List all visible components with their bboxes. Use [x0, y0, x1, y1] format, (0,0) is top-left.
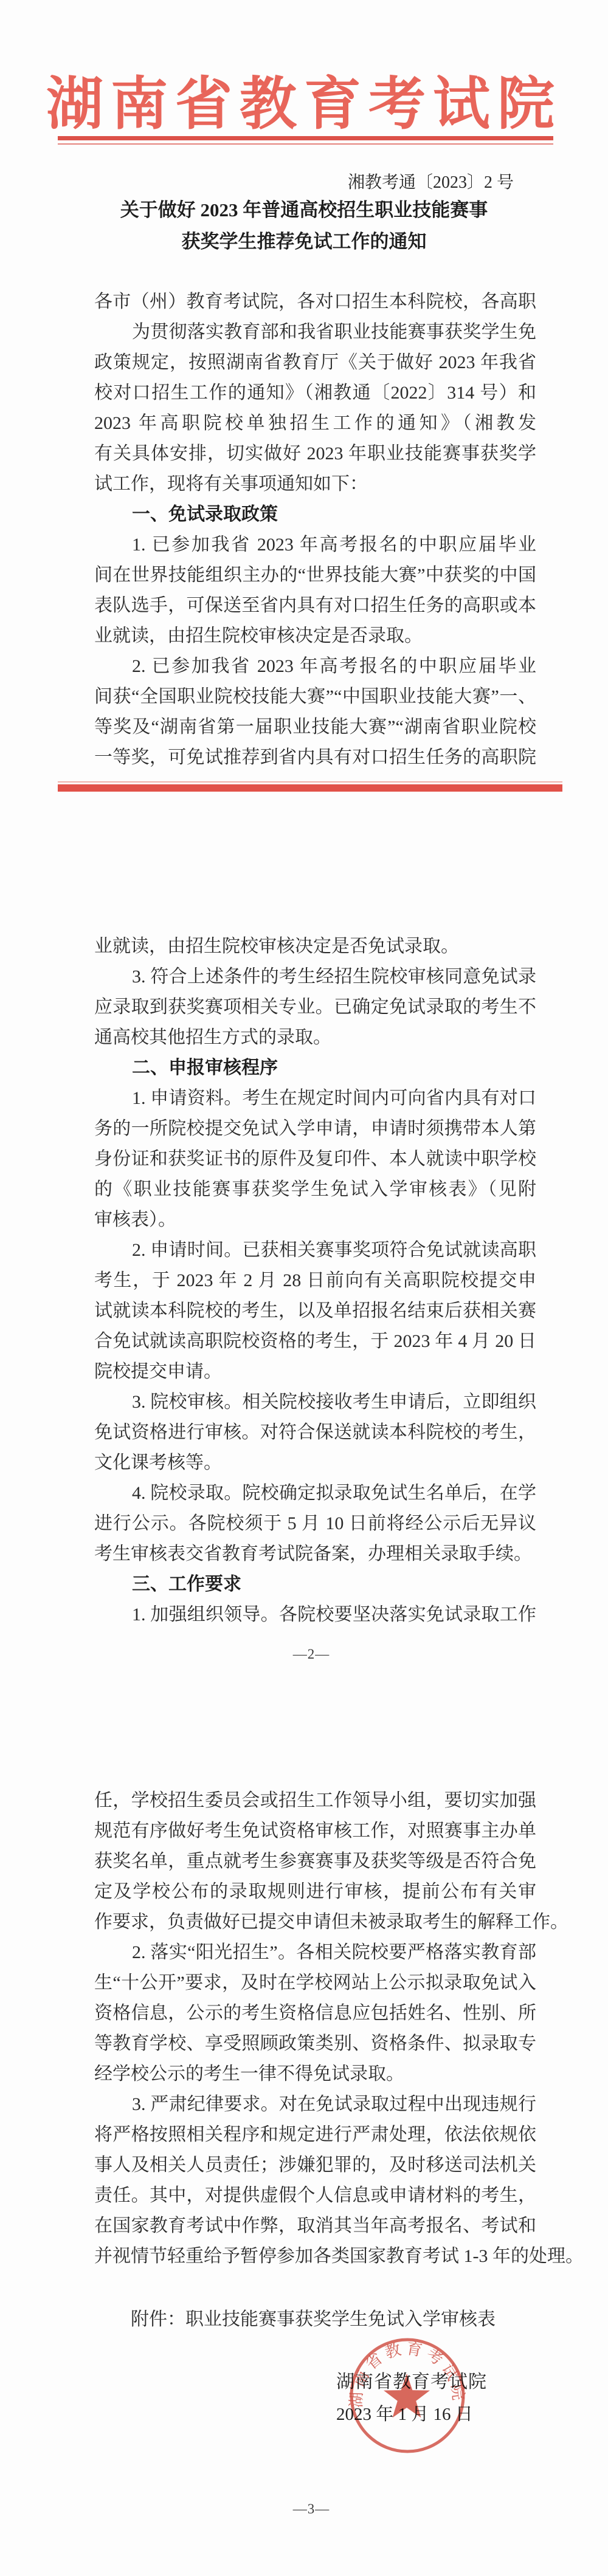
body-text-line: 1. 加强组织领导。各院校要坚决落实免试录取工作主体责 — [94, 1600, 536, 1630]
body-text-line: 作要求，负责做好已提交申请但未被录取考生的解释工作。 — [94, 1907, 536, 1937]
body-text-line: 获奖名单，重点就考生参赛赛事及获奖等级是否符合免试政策规 — [94, 1846, 536, 1877]
body-text-line: 1. 申请资料。考生在规定时间内可向省内具有对口招生任 — [94, 1083, 536, 1114]
letterhead-rule-thin — [58, 143, 553, 145]
body-text-line: 考生审核表交省教育考试院备案，办理相关录取手续。 — [94, 1539, 536, 1569]
body-text-line: 应录取到获奖赛项相关专业。已确定免试录取的考生不再参加普 — [94, 992, 536, 1023]
body-text-line: 1. 已参加我省 2023 年高考报名的中职应届毕业生，在校期 — [94, 530, 536, 560]
body-text-line: 将严格按照相关程序和规定进行严肃处理，依法依规依纪追究当 — [94, 2120, 536, 2150]
document-title-line1: 关于做好 2023 年普通高校招生职业技能赛事 — [0, 194, 608, 226]
page-separator-rule-thick — [58, 784, 562, 792]
body-text-line: 并视情节轻重给予暂停参加各类国家教育考试 1-3 年的处理。 — [94, 2241, 536, 2272]
body-text-line: 试就读本科院校的考生，以及单招报名结束后获相关赛事奖项符 — [94, 1296, 536, 1326]
body-text-line: 经学校公示的考生一律不得免试录取。 — [94, 2059, 536, 2089]
body-text-line: 免试资格进行审核。对符合保送就读本科院校的考生，还需增加 — [94, 1417, 536, 1448]
section-heading-line: 三、工作要求 — [94, 1569, 536, 1600]
document-title-line2: 获奖学生推荐免试工作的通知 — [0, 226, 608, 258]
page1-body: 各市（州）教育考试院，各对口招生本科院校，各高职（高专）院校：为贯彻落实教育部和… — [94, 287, 536, 773]
body-text-line: 等奖及“湖南省第一届职业技能大赛”“湖南省职业院校技能竞赛” — [94, 712, 536, 742]
body-text-line: 进行公示。各院校须于 5 月 10 日前将经公示后无异议的免试录取 — [94, 1509, 536, 1539]
body-text-line: 政策规定，按照湖南省教育厅《关于做好 2023 年我省普通高等学 — [94, 348, 536, 378]
body-text-line: 间在世界技能组织主办的“世界技能大赛”中获奖的中国国家代 — [94, 560, 536, 591]
body-text-line: 规范有序做好考生免试资格审核工作，对照赛事主办单位发布的 — [94, 1816, 536, 1846]
letterhead-rule-thick — [58, 136, 553, 140]
scanned-official-document: 湖南省教育考试院 湘教考通〔2023〕2 号 关于做好 2023 年普通高校招生… — [0, 0, 608, 2576]
body-text-line: 的《职业技能赛事获奖学生免试入学审核表》（见附件，以下简称 — [94, 1174, 536, 1205]
body-text-line: 3. 符合上述条件的考生经招生院校审核同意免试录取后， — [94, 962, 536, 992]
body-text-line: 间获“全国职业院校技能大赛”“中国职业技能大赛”一、二、三 — [94, 682, 536, 712]
seal-star-icon — [384, 2374, 430, 2417]
section-heading-line: 一、免试录取政策 — [94, 499, 536, 530]
body-text-line: 任，学校招生委员会或招生工作领导小组，要切实加强组织领导， — [94, 1786, 536, 1816]
body-text-line: 有关具体安排，切实做好 2023 年职业技能赛事获奖学生的推荐免 — [94, 439, 536, 469]
body-text-line: 3. 严肃纪律要求。对在免试录取过程中出现违规行为的， — [94, 2089, 536, 2120]
body-text-line: 务的一所院校提交免试入学申请，申请时须携带本人第二代居民 — [94, 1114, 536, 1144]
body-text-line: 院校提交申请。 — [94, 1357, 536, 1387]
body-text-line: 2. 申请时间。已获相关赛事奖项符合免试就读高职院校的 — [94, 1235, 536, 1266]
body-text-line: 4. 院校录取。院校确定拟录取免试生名单后，在学校网站 — [94, 1478, 536, 1509]
body-text-line: 身份证和获奖证书的原件及复印件、本人就读中职学校出具意见 — [94, 1144, 536, 1174]
body-text-line: 事人及相关人员责任；涉嫌犯罪的，及时移送司法机关追究法律 — [94, 2150, 536, 2180]
body-text-line: 合免试就读高职院校资格的考生，于 2023 年 4 月 20 日前向有关 — [94, 1326, 536, 1357]
agency-letterhead: 湖南省教育考试院 — [0, 62, 608, 147]
body-text-line: 2. 落实“阳光招生”。各相关院校要严格落实教育部高校招 — [94, 1937, 536, 1968]
attachment-reference: 附件：职业技能赛事获奖学生免试入学审核表 — [131, 2304, 496, 2335]
body-text-line: 文化课考核等。 — [94, 1448, 536, 1478]
body-text-line: 考生，于 2023 年 2 月 28 日前向有关高职院校提交申请；符合免 — [94, 1266, 536, 1296]
section-heading-line: 二、申报审核程序 — [94, 1053, 536, 1083]
body-text-line: 资格信息，公示的考生资格信息应包括姓名、性别、所在高级中 — [94, 1998, 536, 2029]
body-text-line: 各市（州）教育考试院，各对口招生本科院校，各高职（高专）院校： — [94, 287, 536, 317]
body-text-line: 业就读，由招生院校审核决定是否免试录取。 — [94, 931, 536, 962]
body-text-line: 在国家教育考试中作弊，取消其当年高考报名、考试和录取资格， — [94, 2211, 536, 2241]
page2-body: 业就读，由招生院校审核决定是否免试录取。3. 符合上述条件的考生经招生院校审核同… — [94, 931, 536, 1630]
body-text-line: 一等奖，可免试推荐到省内具有对口招生任务的高职院校相关专 — [94, 742, 536, 773]
page-number-3: —3— — [0, 2499, 608, 2519]
page-number-2: —2— — [0, 1644, 608, 1665]
body-text-line: 责任。其中，对提供虚假个人信息或申请材料的考生，均认定为 — [94, 2180, 536, 2211]
body-text-line: 2023 年高职院校单独招生工作的通知》（湘教发〔2022〕54 号） — [94, 408, 536, 439]
body-text-line: 定及学校公布的录取规则进行审核，提前公布有关审核、测试工 — [94, 1877, 536, 1907]
document-title: 关于做好 2023 年普通高校招生职业技能赛事 获奖学生推荐免试工作的通知 — [0, 194, 608, 258]
official-red-seal: 湖南省教育考试院 — [348, 2336, 467, 2455]
document-reference-number: 湘教考通〔2023〕2 号 — [348, 173, 514, 193]
body-text-line: 表队选手，可保送至省内具有对口招生任务的高职或本科相关专 — [94, 591, 536, 621]
body-text-line: 3. 院校审核。相关院校接收考生申请后，立即组织对考生 — [94, 1387, 536, 1417]
body-text-line: 试工作，现将有关事项通知如下： — [94, 469, 536, 499]
body-text-line: 为贯彻落实教育部和我省职业技能赛事获奖学生免试有关 — [94, 317, 536, 348]
body-text-line: 等教育学校、享受照顾政策类别、资格条件、拟录取专业等。未 — [94, 2029, 536, 2059]
body-text-line: 业就读，由招生院校审核决定是否录取。 — [94, 621, 536, 651]
body-text-line: 2. 已参加我省 2023 年高考报名的中职应届毕业生，在校期 — [94, 651, 536, 682]
page3-body: 任，学校招生委员会或招生工作领导小组，要切实加强组织领导，规范有序做好考生免试资… — [94, 1786, 536, 2272]
body-text-line: 审核表）。 — [94, 1205, 536, 1235]
body-text-line: 生“十公开”要求，及时在学校网站上公示拟录取免试入学考生 — [94, 1968, 536, 1998]
body-text-line: 校对口招生工作的通知》（湘教通〔2022〕314 号）和《关于做好 — [94, 378, 536, 408]
page-separator-rule-thin — [58, 781, 562, 783]
body-text-line: 通高校其他招生方式的录取。 — [94, 1023, 536, 1053]
